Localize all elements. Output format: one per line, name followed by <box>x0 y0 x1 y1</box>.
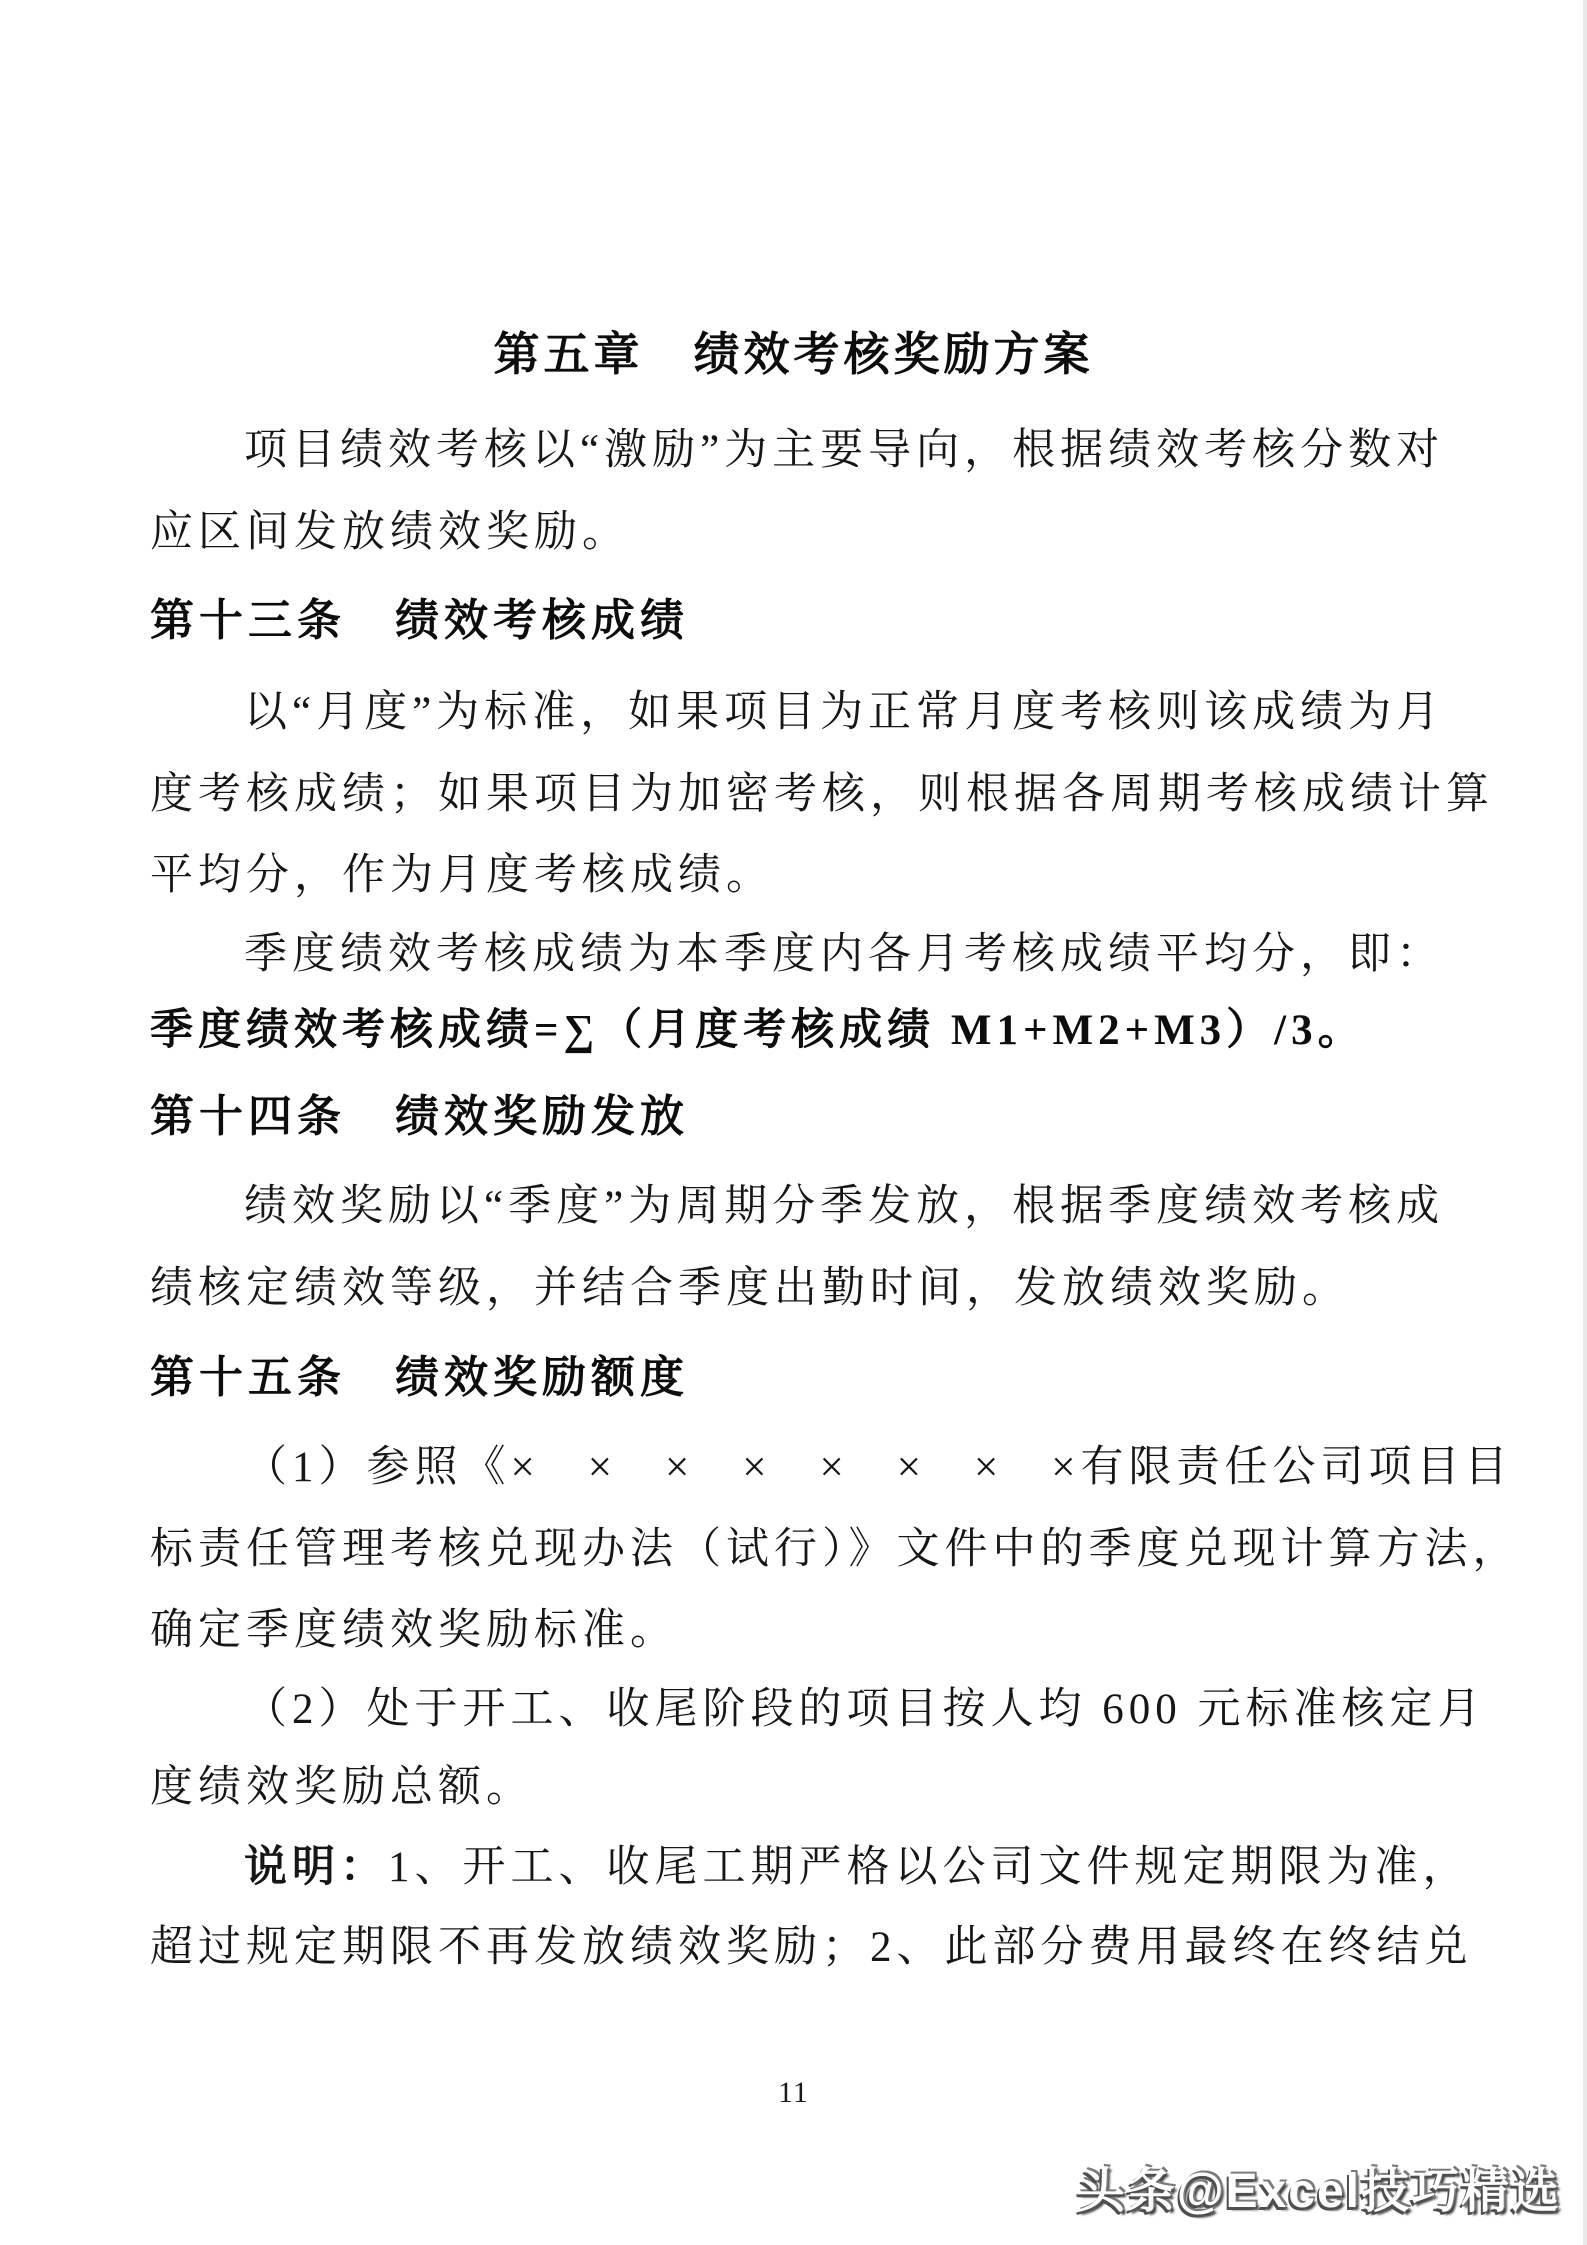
paragraph-line: 度考核成绩；如果项目为加密考核，则根据各周期考核成绩计算 <box>150 764 1490 826</box>
paragraph-line: 以“月度”为标准，如果项目为正常月度考核则该成绩为月 <box>150 682 1490 744</box>
paragraph-line: 季度绩效考核成绩为本季度内各月考核成绩平均分，即： <box>150 924 1490 986</box>
note-text: 1、开工、收尾工期严格以公司文件规定期限为准， <box>388 1844 1471 1891</box>
paragraph-line: （1）参照《× × × × × × × ×有限责任公司项目目 <box>150 1437 1490 1499</box>
paragraph-line: 超过规定期限不再发放绩效奖励；2、此部分费用最终在终结兑 <box>150 1917 1490 1979</box>
watermark: 头条@Excel技巧精选 <box>1077 2152 1561 2221</box>
chapter-title: 第五章 绩效考核奖励方案 <box>0 318 1587 384</box>
paragraph-line: 度绩效奖励总额。 <box>150 1757 1490 1819</box>
paragraph-line: 绩效奖励以“季度”为周期分季发放，根据季度绩效考核成 <box>150 1176 1490 1238</box>
paragraph-line: 标责任管理考核兑现办法（试行）》文件中的季度兑现计算方法， <box>150 1519 1490 1581</box>
paragraph-line: 应区间发放绩效奖励。 <box>150 502 1490 564</box>
document-page: 第五章 绩效考核奖励方案 项目绩效考核以“激励”为主要导向，根据绩效考核分数对 … <box>0 0 1587 2245</box>
note-label: 说明： <box>244 1844 388 1891</box>
paragraph-line: 项目绩效考核以“激励”为主要导向，根据绩效考核分数对 <box>150 420 1490 482</box>
note-paragraph-line: 说明：1、开工、收尾工期严格以公司文件规定期限为准， <box>150 1837 1490 1899</box>
paragraph-line: 绩核定绩效等级，并结合季度出勤时间，发放绩效奖励。 <box>150 1258 1490 1320</box>
section-heading-article-15: 第十五条 绩效奖励额度 <box>150 1347 1490 1409</box>
formula-line: 季度绩效考核成绩=∑（月度考核成绩 M1+M2+M3）/3。 <box>150 1000 1490 1062</box>
paragraph-line: 平均分，作为月度考核成绩。 <box>150 845 1490 907</box>
page-number: 11 <box>0 2076 1587 2110</box>
section-heading-article-13: 第十三条 绩效考核成绩 <box>150 590 1490 652</box>
scan-edge-artifact <box>1583 0 1587 2245</box>
paragraph-line: （2）处于开工、收尾阶段的项目按人均 600 元标准核定月 <box>150 1679 1490 1741</box>
section-heading-article-14: 第十四条 绩效奖励发放 <box>150 1086 1490 1148</box>
paragraph-line: 确定季度绩效奖励标准。 <box>150 1600 1490 1662</box>
